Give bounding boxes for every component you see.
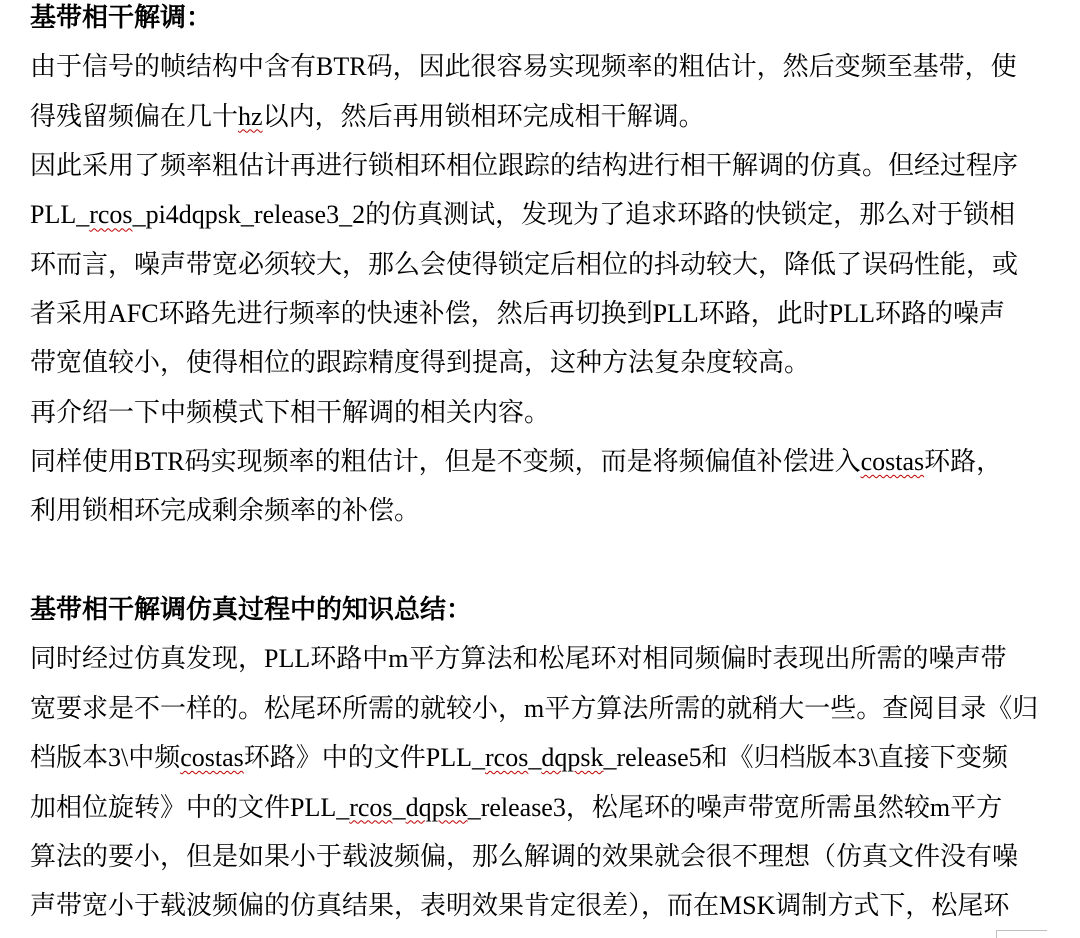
text-run: 同样使用BTR码实现频率的粗估计，但是不变频，而是将频偏值补偿进入	[30, 447, 861, 476]
text-line: 由于信号的帧结构中含有BTR码，因此很容易实现频率的粗估计，然后变频至基带，使	[30, 42, 1070, 91]
text-run: _pi4dqpsk_release3_2的仿真测试，发现为了追求环路的快锁定，那…	[133, 200, 1016, 229]
misspelled-word: dqpsk	[541, 743, 603, 772]
text-line: 利用锁相环完成剩余频率的补偿。	[30, 486, 1070, 535]
text-line: 档版本3\中频costas环路》中的文件PLL_rcos_dqpsk_relea…	[30, 733, 1070, 782]
text-run: 基带相干解调仿真过程中的知识总结：	[30, 595, 472, 624]
text-line: 同时经过仿真发现，PLL环路中m平方算法和松尾环对相同频偏时表现出所需的噪声带	[30, 634, 1070, 683]
heading-line: 基带相干解调仿真过程中的知识总结：	[30, 585, 1070, 634]
text-run: 算法的要小，但是如果小于载波频偏，那么解调的效果就会很不理想（仿真文件没有噪	[30, 842, 1018, 871]
text-run: 环路，	[924, 447, 1002, 476]
text-run: 档版本3\中频	[30, 743, 180, 772]
document-body: 基带相干解调：由于信号的帧结构中含有BTR码，因此很容易实现频率的粗估计，然后变…	[30, 0, 1070, 931]
text-line: 因此采用了频率粗估计再进行锁相环相位跟踪的结构进行相干解调的仿真。但经过程序	[30, 141, 1070, 190]
text-line: 算法的要小，但是如果小于载波频偏，那么解调的效果就会很不理想（仿真文件没有噪	[30, 832, 1070, 881]
text-line: 声带宽小于载波频偏的仿真结果，表明效果肯定很差），而在MSK调制方式下，松尾环	[30, 881, 1070, 930]
text-run: 声带宽小于载波频偏的仿真结果，表明效果肯定很差），而在MSK调制方式下，松尾环	[30, 891, 1009, 920]
text-run: 基带相干解调：	[30, 3, 212, 32]
text-line: 加相位旋转》中的文件PLL_rcos_dqpsk_release3，松尾环的噪声…	[30, 783, 1070, 832]
misspelled-word: rcos	[89, 200, 132, 229]
text-run: 得残留频偏在几十	[30, 102, 238, 131]
text-run: 宽要求是不一样的。松尾环所需的就较小，m平方算法所需的就稍大一些。查阅目录《归	[30, 694, 1038, 723]
text-line: 者采用AFC环路先进行频率的快速补偿，然后再切换到PLL环路，此时PLL环路的噪…	[30, 289, 1070, 338]
text-run: 再介绍一下中频模式下相干解调的相关内容。	[30, 398, 550, 427]
text-line: 宽要求是不一样的。松尾环所需的就较小，m平方算法所需的就稍大一些。查阅目录《归	[30, 684, 1070, 733]
misspelled-word: rcos	[349, 793, 392, 822]
text-line: PLL_rcos_pi4dqpsk_release3_2的仿真测试，发现为了追求…	[30, 190, 1070, 239]
text-run: 加相位旋转》中的文件PLL_	[30, 793, 349, 822]
table-corner-artifact	[996, 930, 1047, 938]
text-run: 带宽值较小，使得相位的跟踪精度得到提高，这种方法复杂度较高。	[30, 348, 810, 377]
text-run: _	[393, 793, 406, 822]
misspelled-word: rcos	[485, 743, 528, 772]
text-line: 得残留频偏在几十hz以内，然后再用锁相环完成相干解调。	[30, 92, 1070, 141]
text-run: _	[528, 743, 541, 772]
text-run: _release3，松尾环的噪声带宽所需虽然较m平方	[468, 793, 1002, 822]
misspelled-word: costas	[180, 743, 244, 772]
text-run: 环路》中的文件PLL_	[244, 743, 485, 772]
text-run: 由于信号的帧结构中含有BTR码，因此很容易实现频率的粗估计，然后变频至基带，使	[30, 52, 1017, 81]
text-run: PLL_	[30, 200, 89, 229]
misspelled-word: costas	[861, 447, 925, 476]
text-run: 同时经过仿真发现，PLL环路中m平方算法和松尾环对相同频偏时表现出所需的噪声带	[30, 644, 1006, 673]
heading-line: 基带相干解调：	[30, 0, 1070, 42]
text-run: 利用锁相环完成剩余频率的补偿。	[30, 496, 420, 525]
text-line: 同样使用BTR码实现频率的粗估计，但是不变频，而是将频偏值补偿进入costas环…	[30, 437, 1070, 486]
text-line: 环而言，噪声带宽必须较大，那么会使得锁定后相位的抖动较大，降低了误码性能，或	[30, 240, 1070, 289]
text-run: 者采用AFC环路先进行频率的快速补偿，然后再切换到PLL环路，此时PLL环路的噪…	[30, 299, 1005, 328]
blank-line	[30, 536, 1070, 585]
text-line: 再介绍一下中频模式下相干解调的相关内容。	[30, 388, 1070, 437]
text-run: 以内，然后再用锁相环完成相干解调。	[263, 102, 705, 131]
text-run: 环而言，噪声带宽必须较大，那么会使得锁定后相位的抖动较大，降低了误码性能，或	[30, 250, 1018, 279]
misspelled-word: hz	[238, 102, 263, 131]
text-run: _release5和《归档版本3\直接下变频	[603, 743, 1007, 772]
text-line: 带宽值较小，使得相位的跟踪精度得到提高，这种方法复杂度较高。	[30, 338, 1070, 387]
misspelled-word: dqpsk	[406, 793, 468, 822]
text-run: 因此采用了频率粗估计再进行锁相环相位跟踪的结构进行相干解调的仿真。但经过程序	[30, 151, 1018, 180]
document-page: 基带相干解调：由于信号的帧结构中含有BTR码，因此很容易实现频率的粗估计，然后变…	[0, 0, 1080, 938]
